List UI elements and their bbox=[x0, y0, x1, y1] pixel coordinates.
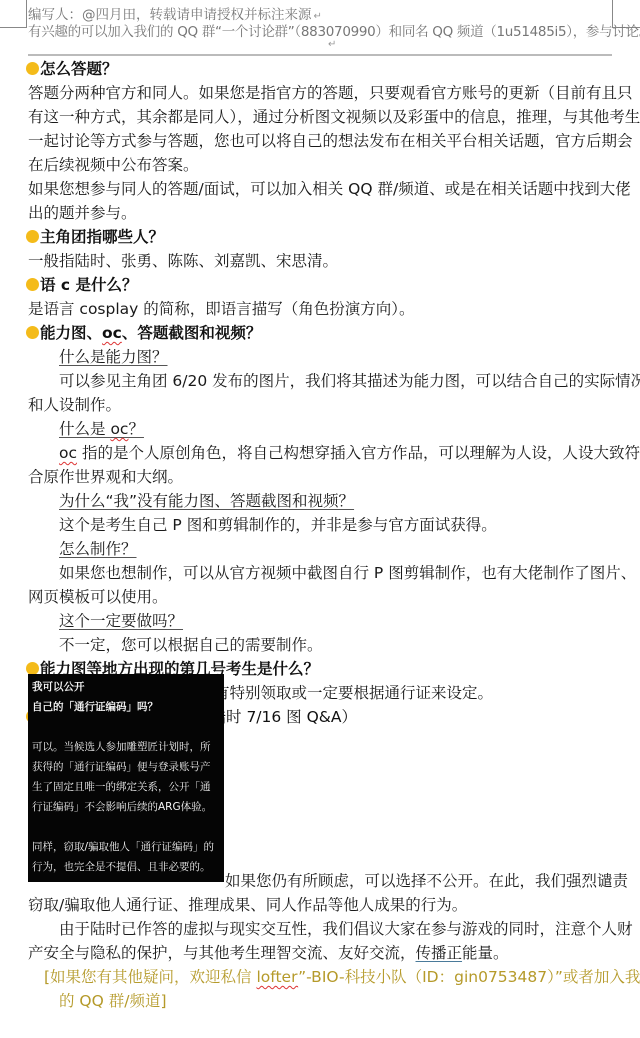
paragraph-mark-icon: ↵ bbox=[328, 39, 336, 50]
paragraph-line: 窃取/骗取他人通行证、推理成果、同人作品等他人成果的行为。 bbox=[28, 893, 467, 915]
paragraph-line: 不一定，您可以根据自己的需要制作。 bbox=[28, 633, 618, 657]
paragraph-line: 一般指陆时、张勇、陈陈、刘嘉凯、宋思清。 bbox=[28, 249, 618, 273]
paragraph-line: 有这一种方式，其余都是同人），通过分析图文视频以及彩蛋中的信息，推理，与其他考生 bbox=[28, 105, 618, 129]
footer-note: 的 QQ 群/频道] bbox=[59, 989, 167, 1011]
paragraph-line: oc 指的是个人原创角色，将自己构想穿插入官方作品，可以理解为人设，人设大致符 bbox=[28, 441, 618, 465]
section-heading: 怎么答题？ bbox=[28, 57, 618, 81]
paragraph-line: 产安全与隐私的保护，与其他考生理智交流、友好交流，传播正能量。 bbox=[28, 941, 509, 963]
paragraph-line: 这个是考生自己 P 图和剪辑制作的，并非是参与官方面试获得。 bbox=[28, 513, 618, 537]
paragraph-line: 可以参见主角团 6/20 发布的图片，我们将其描述为能力图，可以结合自己的实际情… bbox=[28, 369, 618, 393]
paragraph-line: 如果您仍有所顾虑，可以选择不公开。在此，我们强烈谴责 bbox=[225, 869, 628, 891]
lofter-link[interactable]: lofter bbox=[256, 968, 298, 986]
paragraph-line: 出的题并参与。 bbox=[28, 201, 618, 225]
sub-question: 什么是能力图？ bbox=[28, 345, 618, 369]
section-heading: 能力图、oc、答题截图和视频？ bbox=[28, 321, 618, 345]
image-text-line: 同样，窃取/骗取他人「通行证编码」的 bbox=[32, 837, 220, 857]
image-subtitle: 自己的「通行证编码」吗？ bbox=[32, 697, 220, 717]
paragraph-line: 如果您也想制作，可以从官方视频中截图自行 P 图剪辑制作，也有大佬制作了图片、 bbox=[28, 561, 618, 585]
paragraph-line: 在后续视频中公布答案。 bbox=[28, 153, 618, 177]
section-heading: 主角团指哪些人？ bbox=[28, 225, 618, 249]
paragraph-line: 网页模板可以使用。 bbox=[28, 585, 618, 609]
sub-question: 什么是 oc？ bbox=[28, 417, 618, 441]
document-body: 怎么答题？ 答题分两种官方和同人。如果您是指官方的答题，只要观看官方账号的更新（… bbox=[28, 57, 618, 729]
image-text-line: 生了固定且唯一的绑定关系，公开「通 bbox=[32, 777, 220, 797]
yellow-bullet-icon bbox=[26, 326, 39, 339]
paragraph-line: 是语言 cosplay 的简称，即语言描写（角色扮演方向）。 bbox=[28, 297, 618, 321]
paragraph-line: 合原作世界观和大纲。 bbox=[28, 465, 618, 489]
paragraph-line: 和人设制作。 bbox=[28, 393, 618, 417]
sub-question: 为什么“我”没有能力图、答题截图和视频？ bbox=[28, 489, 618, 513]
header-corner-mark-left bbox=[0, 27, 27, 28]
paragraph-line: 由于陆时已作答的虚拟与现实交互性，我们倡议大家在参与游戏的同时，注意个人财 bbox=[59, 917, 633, 939]
document-header: 编写人：@四月田，转载请申请授权并标注来源↵ 有兴趣的可以加入我们的 QQ 群“… bbox=[0, 0, 640, 40]
yellow-bullet-icon bbox=[26, 62, 39, 75]
header-divider bbox=[28, 54, 612, 56]
yellow-bullet-icon bbox=[26, 230, 39, 243]
sub-question: 怎么制作？ bbox=[28, 537, 618, 561]
image-title: 我可以公开 bbox=[32, 677, 220, 697]
group-line: 有兴趣的可以加入我们的 QQ 群“一个讨论群”（883070990）和同名 QQ… bbox=[28, 20, 640, 40]
paragraph-line: 答题分两种官方和同人。如果您是指官方的答题，只要观看官方账号的更新（目前有且只 bbox=[28, 81, 618, 105]
paragraph-line: 如果您想参与同人的答题/面试，可以加入相关 QQ 群/频道、或是在相关话题中找到… bbox=[28, 177, 618, 201]
image-text-line: 可以。当候选人参加雕塑匠计划时，所 bbox=[32, 737, 220, 757]
section-heading: 语 c 是什么？ bbox=[28, 273, 618, 297]
yellow-bullet-icon bbox=[26, 278, 39, 291]
paragraph-line: 一起讨论等方式参与答题，您也可以将自己的想法发布在相关平台相关话题，官方后期会 bbox=[28, 129, 618, 153]
header-corner-mark-left bbox=[26, 0, 27, 28]
image-text-line: 获得的「通行证编码」便与登录账号产 bbox=[32, 757, 220, 777]
sub-question: 这个一定要做吗？ bbox=[28, 609, 618, 633]
image-text-line: 行证编码」不会影响后续的ARG体验。 bbox=[32, 797, 220, 817]
image-text-line: 行为，也完全是不提倡、且非必要的。 bbox=[32, 857, 220, 877]
footer-note: [如果您有其他疑问，欢迎私信 lofter”-BIO-科技小队（ID：gin07… bbox=[44, 965, 640, 987]
qa-screenshot-image: 我可以公开 自己的「通行证编码」吗？ 可以。当候选人参加雕塑匠计划时，所 获得的… bbox=[28, 674, 224, 882]
